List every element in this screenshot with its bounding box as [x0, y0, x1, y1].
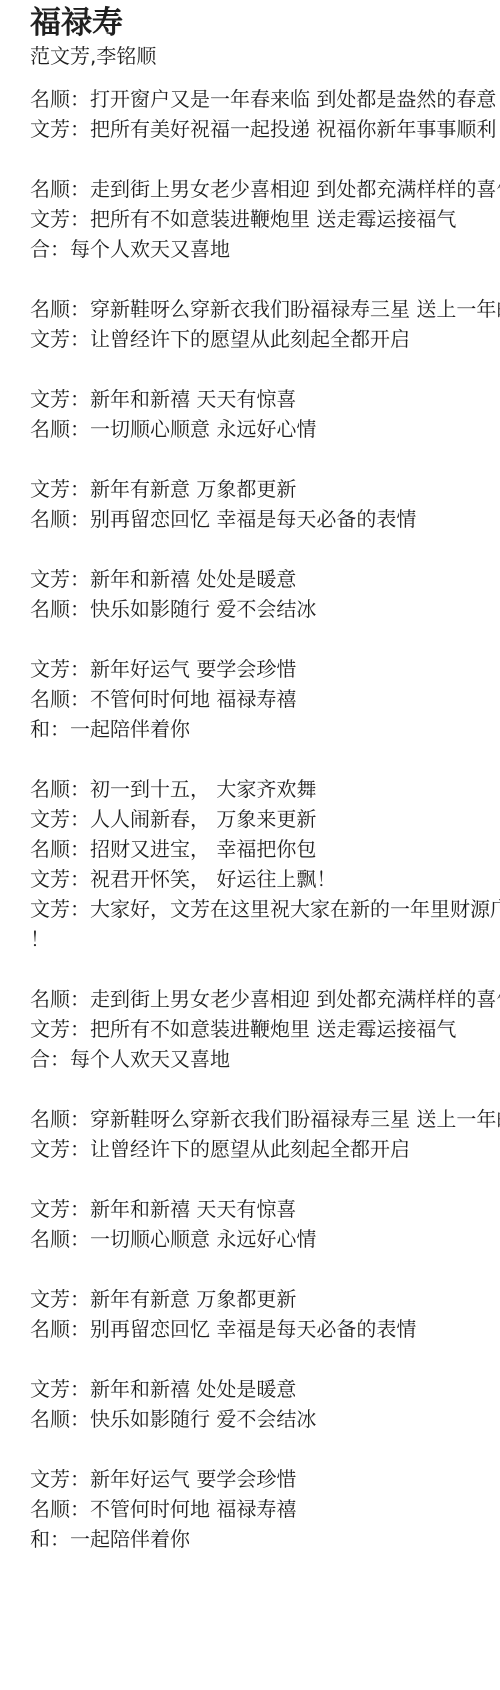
lyric-line: 合：每个人欢天又喜地 — [30, 234, 500, 264]
song-title: 福禄寿 — [30, 3, 500, 43]
lyric-line: ！ — [30, 924, 500, 954]
lyric-line: 名顺：不管何时何地 福禄寿禧 — [30, 1494, 500, 1524]
stanza: 文芳：新年好运气 要学会珍惜名顺：不管何时何地 福禄寿禧和：一起陪伴着你 — [30, 654, 500, 744]
lyric-line: 文芳：新年有新意 万象都更新 — [30, 1284, 500, 1314]
lyric-line: 文芳：新年和新禧 天天有惊喜 — [30, 1194, 500, 1224]
lyric-line: 名顺：走到街上男女老少喜相迎 到处都充满样样的喜气 — [30, 174, 500, 204]
lyric-line: 名顺：招财又进宝， 幸福把你包 — [30, 834, 500, 864]
lyric-line: 名顺：快乐如影随行 爱不会结冰 — [30, 594, 500, 624]
stanza: 文芳：新年和新禧 处处是暖意名顺：快乐如影随行 爱不会结冰 — [30, 1374, 500, 1434]
lyrics-body: 名顺：打开窗户又是一年春来临 到处都是盎然的春意文芳：把所有美好祝福一起投递 祝… — [30, 84, 500, 1554]
lyric-line: 文芳：新年有新意 万象都更新 — [30, 474, 500, 504]
lyric-line: 文芳：把所有美好祝福一起投递 祝福你新年事事顺利 — [30, 114, 500, 144]
lyric-line: 文芳：让曾经许下的愿望从此刻起全都开启 — [30, 324, 500, 354]
stanza: 文芳：新年和新禧 天天有惊喜名顺：一切顺心顺意 永远好心情 — [30, 1194, 500, 1254]
stanza: 文芳：新年和新禧 天天有惊喜名顺：一切顺心顺意 永远好心情 — [30, 384, 500, 444]
lyric-line: 名顺：不管何时何地 福禄寿禧 — [30, 684, 500, 714]
lyric-line: 和：一起陪伴着你 — [30, 1524, 500, 1554]
lyric-line: 名顺：别再留恋回忆 幸福是每天必备的表情 — [30, 504, 500, 534]
stanza: 名顺：走到街上男女老少喜相迎 到处都充满样样的喜气文芳：把所有不如意装进鞭炮里 … — [30, 984, 500, 1074]
lyrics-page: 福禄寿 范文芳,李铭顺 名顺：打开窗户又是一年春来临 到处都是盎然的春意文芳：把… — [0, 0, 500, 1554]
stanza: 名顺：初一到十五， 大家齐欢舞文芳：人人闹新春， 万象来更新名顺：招财又进宝， … — [30, 774, 500, 954]
lyric-line: 名顺：一切顺心顺意 永远好心情 — [30, 414, 500, 444]
stanza: 名顺：穿新鞋呀么穿新衣我们盼福禄寿三星 送上一年的文芳：让曾经许下的愿望从此刻起… — [30, 1104, 500, 1164]
lyric-line: 名顺：打开窗户又是一年春来临 到处都是盎然的春意 — [30, 84, 500, 114]
lyric-line: 文芳：大家好，文芳在这里祝大家在新的一年里财源广进 — [30, 894, 500, 924]
lyric-line: 文芳：新年和新禧 处处是暖意 — [30, 564, 500, 594]
lyric-line: 文芳：新年好运气 要学会珍惜 — [30, 654, 500, 684]
stanza: 文芳：新年和新禧 处处是暖意名顺：快乐如影随行 爱不会结冰 — [30, 564, 500, 624]
lyric-line: 名顺：快乐如影随行 爱不会结冰 — [30, 1404, 500, 1434]
lyric-line: 和：一起陪伴着你 — [30, 714, 500, 744]
stanza: 名顺：打开窗户又是一年春来临 到处都是盎然的春意文芳：把所有美好祝福一起投递 祝… — [30, 84, 500, 144]
lyric-line: 名顺：一切顺心顺意 永远好心情 — [30, 1224, 500, 1254]
stanza: 名顺：穿新鞋呀么穿新衣我们盼福禄寿三星 送上一年的文芳：让曾经许下的愿望从此刻起… — [30, 294, 500, 354]
lyric-line: 文芳：把所有不如意装进鞭炮里 送走霉运接福气 — [30, 204, 500, 234]
lyric-line: 文芳：让曾经许下的愿望从此刻起全都开启 — [30, 1134, 500, 1164]
stanza: 文芳：新年有新意 万象都更新名顺：别再留恋回忆 幸福是每天必备的表情 — [30, 474, 500, 534]
lyric-line: 名顺：穿新鞋呀么穿新衣我们盼福禄寿三星 送上一年的 — [30, 294, 500, 324]
stanza: 文芳：新年有新意 万象都更新名顺：别再留恋回忆 幸福是每天必备的表情 — [30, 1284, 500, 1344]
lyric-line: 文芳：把所有不如意装进鞭炮里 送走霉运接福气 — [30, 1014, 500, 1044]
artist-names: 范文芳,李铭顺 — [30, 43, 500, 70]
lyric-line: 名顺：别再留恋回忆 幸福是每天必备的表情 — [30, 1314, 500, 1344]
lyric-line: 名顺：走到街上男女老少喜相迎 到处都充满样样的喜气 — [30, 984, 500, 1014]
lyric-line: 文芳：祝君开怀笑， 好运往上飘！ — [30, 864, 500, 894]
lyric-line: 合：每个人欢天又喜地 — [30, 1044, 500, 1074]
stanza: 名顺：走到街上男女老少喜相迎 到处都充满样样的喜气文芳：把所有不如意装进鞭炮里 … — [30, 174, 500, 264]
lyric-line: 名顺：初一到十五， 大家齐欢舞 — [30, 774, 500, 804]
lyric-line: 文芳：新年和新禧 处处是暖意 — [30, 1374, 500, 1404]
lyric-line: 文芳：人人闹新春， 万象来更新 — [30, 804, 500, 834]
stanza: 文芳：新年好运气 要学会珍惜名顺：不管何时何地 福禄寿禧和：一起陪伴着你 — [30, 1464, 500, 1554]
lyric-line: 文芳：新年好运气 要学会珍惜 — [30, 1464, 500, 1494]
lyric-line: 文芳：新年和新禧 天天有惊喜 — [30, 384, 500, 414]
lyric-line: 名顺：穿新鞋呀么穿新衣我们盼福禄寿三星 送上一年的 — [30, 1104, 500, 1134]
